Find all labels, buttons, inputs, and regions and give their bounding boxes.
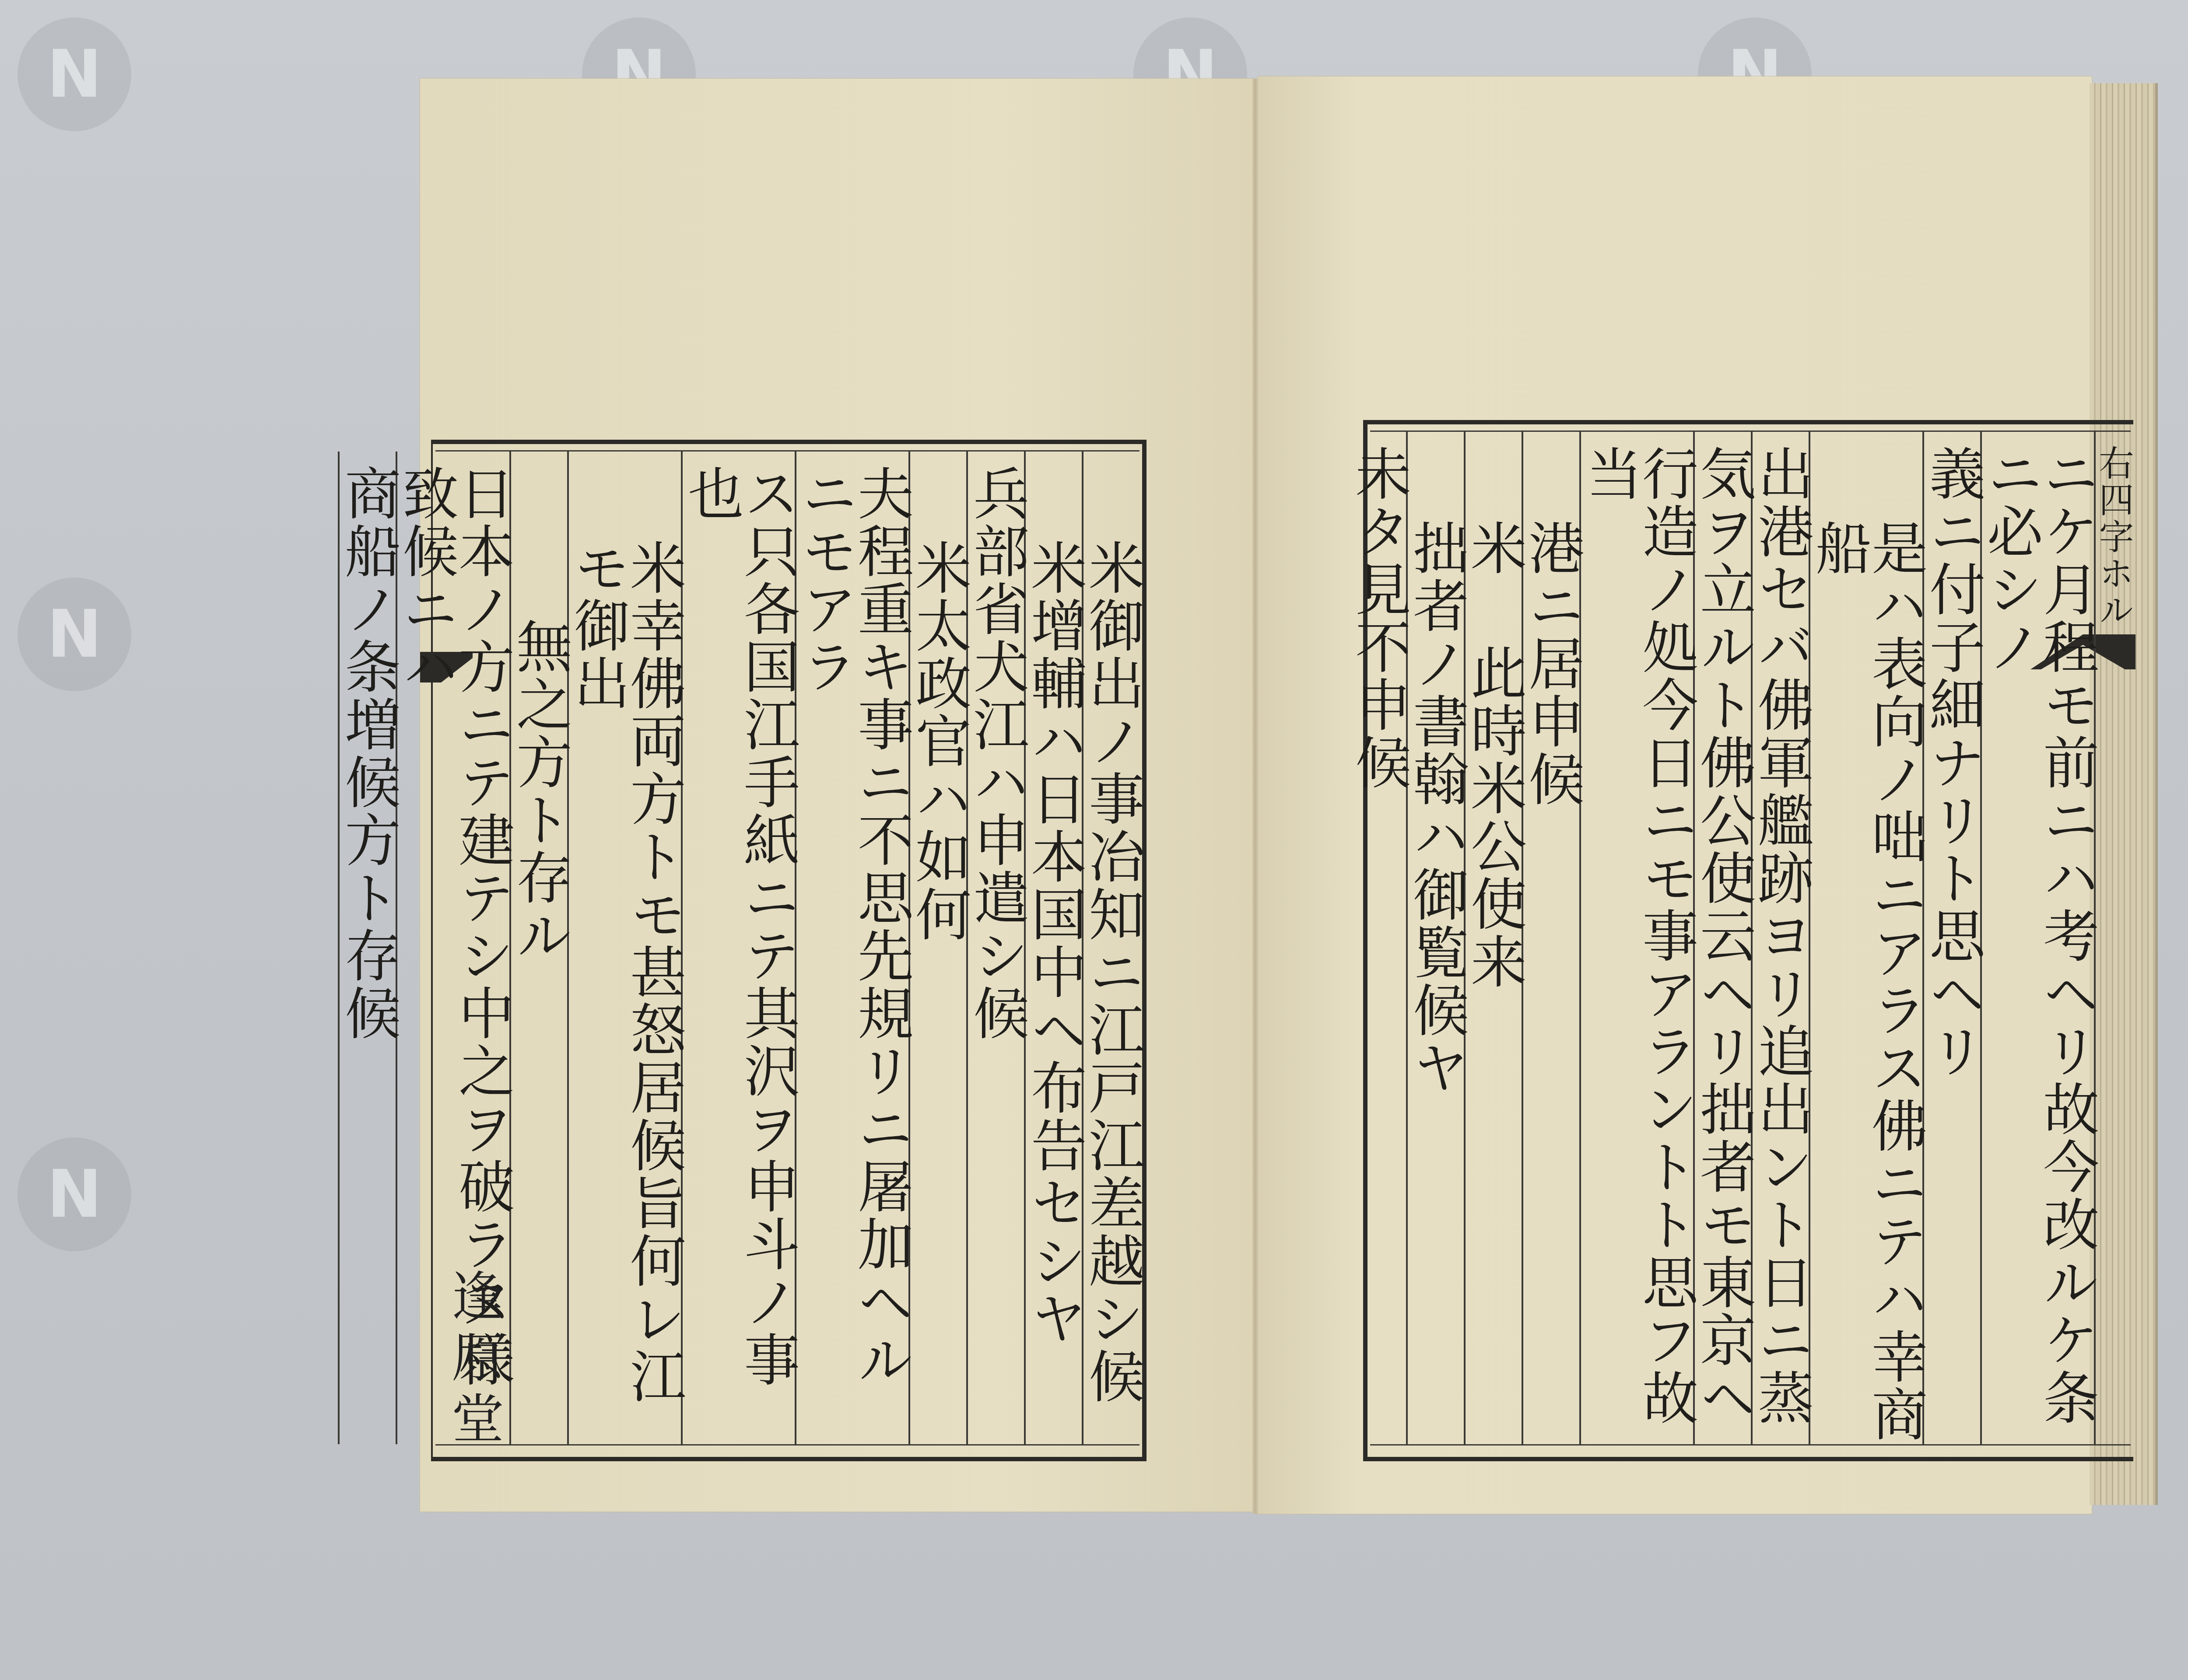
text-column: ス只各国江手紙ニテ其沢ヲ申斗ノ事也 xyxy=(681,451,795,1444)
text-column: 出港セバ佛軍艦跡ヨリ追出ント日ニ蒸 xyxy=(1751,432,1809,1444)
annotation-column: 右四字ホル xyxy=(2094,432,2131,1444)
text-column: 商船ノ条増候方ト存候 xyxy=(338,451,396,1444)
text-column: 無之方ト存ル xyxy=(509,451,567,1444)
text-column: 米太政官ハ如何 xyxy=(908,451,966,1444)
text-column: 気ヲ立ルト佛公使云ヘリ拙者モ東京ヘ xyxy=(1693,432,1751,1444)
watermark-logo-icon: N xyxy=(18,577,131,691)
text-column: 兵部省犬江ハ申遣シ候 xyxy=(966,451,1024,1444)
text-column: 米御出ノ事冶知ニ江戸江差越シ候 xyxy=(1082,451,1140,1444)
left-page-frame: 米御出ノ事冶知ニ江戸江差越シ候 米增輔ハ日本国中ヘ布告セシヤ 兵部省犬江ハ申遣シ… xyxy=(431,440,1147,1461)
text-column: 夫程重キ事ニ不思先規リニ屠加ヘルニモアラ xyxy=(795,451,908,1444)
text-column: 未タ見不申候 xyxy=(1350,432,1406,1444)
publisher-imprint: 逢原堂 xyxy=(435,1269,511,1452)
text-column: 拙者ノ書翰ハ御覧候ヤ xyxy=(1406,432,1464,1444)
text-column: 米幸佛両方トモ甚怒居候旨何レ江モ御出 xyxy=(567,451,681,1444)
right-page-frame: 右四字ホル ニケ月程モ前ニハ考ヘリ故今改ルケ条ニ必シノ 義ニ付子細ナリト思ヘリ … xyxy=(1363,420,2133,1461)
text-column: 米增輔ハ日本国中ヘ布告セシヤ xyxy=(1024,451,1082,1444)
text-column: 義ニ付子細ナリト思ヘリ xyxy=(1922,432,1980,1444)
text-column: ニケ月程モ前ニハ考ヘリ故今改ルケ条ニ必シノ xyxy=(1980,432,2094,1444)
watermark-logo-icon: N xyxy=(18,17,131,131)
text-column: 港ニ居申候 xyxy=(1522,432,1579,1444)
text-column: 行造ノ処今日ニモ事アラントト思フ故当 xyxy=(1579,432,1693,1444)
text-column: 米 此時米公使来 xyxy=(1464,432,1522,1444)
text-column: 是ハ表向ノ咄ニアラス佛ニテハ幸商船 xyxy=(1809,432,1922,1444)
left-page-columns: 米御出ノ事冶知ニ江戸江差越シ候 米增輔ハ日本国中ヘ布告セシヤ 兵部省犬江ハ申遣シ… xyxy=(435,451,1140,1444)
book-photo: N N N N N N N N N 米御出ノ事冶知ニ江戸江差越シ候 米增輔ハ日本… xyxy=(0,0,2188,1680)
right-page-columns: 右四字ホル ニケ月程モ前ニハ考ヘリ故今改ルケ条ニ必シノ 義ニ付子細ナリト思ヘリ … xyxy=(1370,432,2131,1444)
book-spine xyxy=(1252,79,1259,1514)
watermark-logo-icon: N xyxy=(18,1137,131,1251)
